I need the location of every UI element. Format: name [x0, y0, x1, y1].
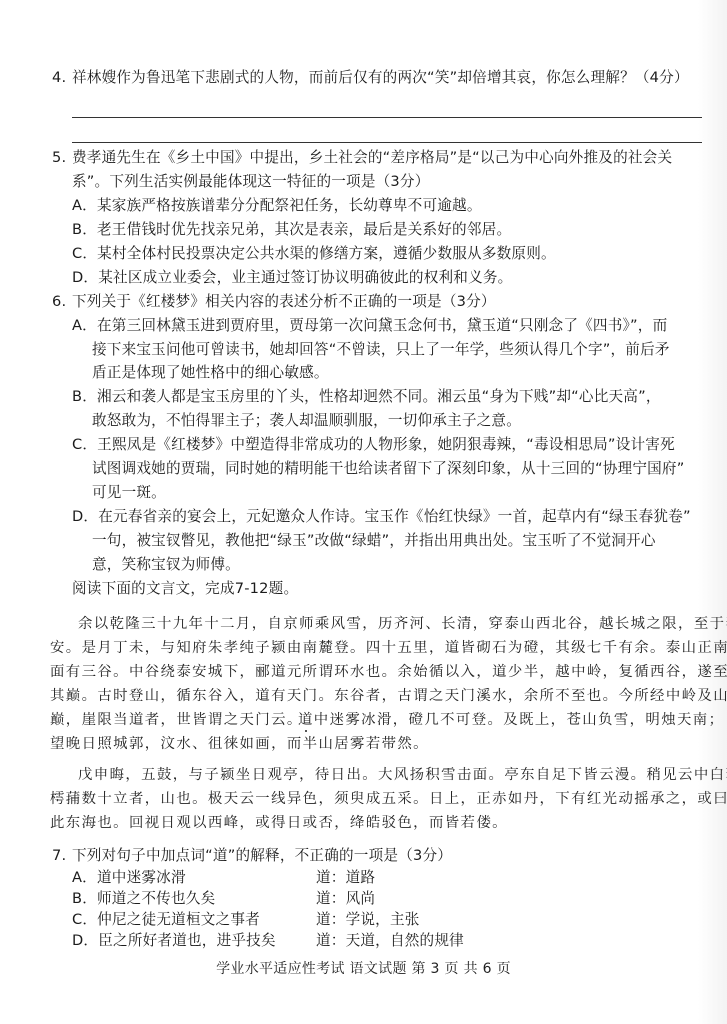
- option-sentence: D．臣之所好者道也，进乎技矣: [72, 931, 276, 951]
- passage-text: 中迷雾冰滑，磴几不可登。及既上，苍山负雪，明烛天南；: [314, 712, 725, 728]
- answer-line-1[interactable]: [72, 117, 702, 118]
- option-text: B．湘云和袭人都是宝玉房里的丫头，性格却迥然不同。湘云虽“身为下贱”却“心比天高…: [72, 387, 661, 407]
- passage-text: 望晚日照城郭，汶水、徂徕如画，而半山居雾若带然。: [50, 734, 429, 754]
- passage-text: 面有三谷。中谷绕泰安城下，郦道元所谓环水也。余始循以入，道少半，越中岭，复循西谷…: [50, 662, 727, 682]
- question-stem: 下列对句子中加点词“道”的解释，不正确的一项是（3分）: [72, 846, 452, 866]
- option-text: 接下来宝玉问他可曾读书，她却回答“不曾读，只上了一年学，些须认得几个字”，前后矛: [92, 340, 670, 360]
- question-number: 6.: [52, 292, 66, 312]
- passage-text: 其巅。古时登山，循东谷入，道有天门。东谷者，古谓之天门溪水，余所不至也。今所经中…: [50, 686, 727, 706]
- question-stem: 下列关于《红楼梦》相关内容的表述分析不正确的一项是（3分）: [72, 292, 496, 312]
- dotted-word-dao: 道中迷雾冰滑，磴几不可登。及既上，苍山负雪，明烛天南；: [298, 710, 724, 730]
- option-gloss: 道：学说，主张: [316, 910, 420, 930]
- passage-text: 安。是月丁未，与知府朱孝纯子颍由南麓登。四十五里，道皆砌石为磴，其级七千有余。泰…: [50, 638, 727, 658]
- exam-page: 4. 祥林嫂作为鲁迅笔下悲剧式的人物，而前后仅有的两次“笑”却倍增其哀，你怎么理…: [0, 0, 727, 1024]
- passage-text: 戊申晦，五鼓，与子颍坐日观亭，待日出。大风扬积雪击面。亭东自足下皆云漫。稍见云中…: [78, 765, 727, 785]
- option-sentence: A．道中迷雾冰滑: [72, 868, 186, 888]
- option-text: D．某社区成立业委会，业主通过签订协议明确彼此的权利和义务。: [72, 268, 512, 288]
- option-text: D．在元春省亲的宴会上，元妃邀众人作诗。宝玉作《怡红快绿》一首，起草内有“绿玉春…: [72, 507, 691, 527]
- page-footer: 学业水平适应性考试 语文试题 第 3 页 共 6 页: [0, 958, 727, 978]
- option-text: 意，笑称宝钗为师傅。: [92, 555, 240, 575]
- answer-line-2[interactable]: [72, 142, 702, 143]
- option-text: C．某村全体村民投票决定公共水渠的修缮方案，遵循少数服从多数原则。: [72, 244, 556, 264]
- option-sentence: C．仲尼之徒无道桓文之事者: [72, 910, 260, 930]
- passage-text: 余以乾隆三十九年十二月，自京师乘风雪，历齐河、长清，穿泰山西北谷，越长城之限，至…: [78, 614, 727, 634]
- option-sentence: B．师道之不传也久矣: [72, 889, 215, 909]
- passage-text: 此东海也。回视日观以西峰，或得日或否，绛皓驳色，而皆若偻。: [50, 813, 508, 833]
- option-text: 盾正是体现了她性格中的细心敏感。: [92, 363, 329, 383]
- option-text: 敢怒敢为，不怕得罪主子；袭人却温顺驯服，一切仰承主子之意。: [92, 411, 521, 431]
- question-text: 祥林嫂作为鲁迅笔下悲剧式的人物，而前后仅有的两次“笑”却倍增其哀，你怎么理解？（…: [72, 68, 689, 88]
- option-text: B．老王借钱时优先找亲兄弟，其次是表亲，最后是关系好的邻居。: [72, 220, 511, 240]
- passage-text: 樗蒱数十立者，山也。极天云一线异色，须臾成五采。日上，正赤如丹，下有红光动摇承之…: [50, 789, 727, 809]
- question-number: 4.: [52, 68, 66, 88]
- option-gloss: 道：风尚: [316, 889, 375, 909]
- reading-intro-text: 阅读下面的文言文，完成7-12题。: [72, 579, 298, 599]
- question-stem-cont: 系”。下列生活实例最能体现这一特征的一项是（3分）: [72, 172, 430, 192]
- question-number: 5.: [52, 148, 66, 168]
- emphasis-dot-char: 道: [298, 712, 314, 728]
- option-text: A．某家族严格按族谱辈分分配祭祀任务，长幼尊卑不可逾越。: [72, 196, 482, 216]
- question-stem: 费孝通先生在《乡土中国》中提出，乡土社会的“差序格局”是“以己为中心向外推及的社…: [72, 148, 672, 168]
- option-text: 可见一斑。: [92, 483, 166, 503]
- option-text: 一句，被宝钗瞥见，教他把“绿玉”改做“绿蜡”，并指出用典出处。宝玉听了不觉洞开心: [92, 531, 656, 551]
- option-text: C．王熙凤是《红楼梦》中塑造得非常成功的人物形象，她阴狠毒辣，“毒设相思局”设计…: [72, 435, 675, 455]
- option-text: A．在第三回林黛玉进到贾府里，贾母第一次问黛玉念何书，黛玉道“只刚念了《四书》”…: [72, 316, 667, 336]
- option-gloss: 道：天道，自然的规律: [316, 931, 464, 951]
- option-gloss: 道：道路: [316, 868, 375, 888]
- option-text: 试图调戏她的贾瑞，同时她的精明能干也给读者留下了深刻印象，从十三回的“协理宁国府…: [92, 459, 684, 479]
- question-number: 7.: [52, 846, 66, 866]
- passage-text: 巅，崖限当道者，世皆谓之天门云。: [50, 710, 303, 730]
